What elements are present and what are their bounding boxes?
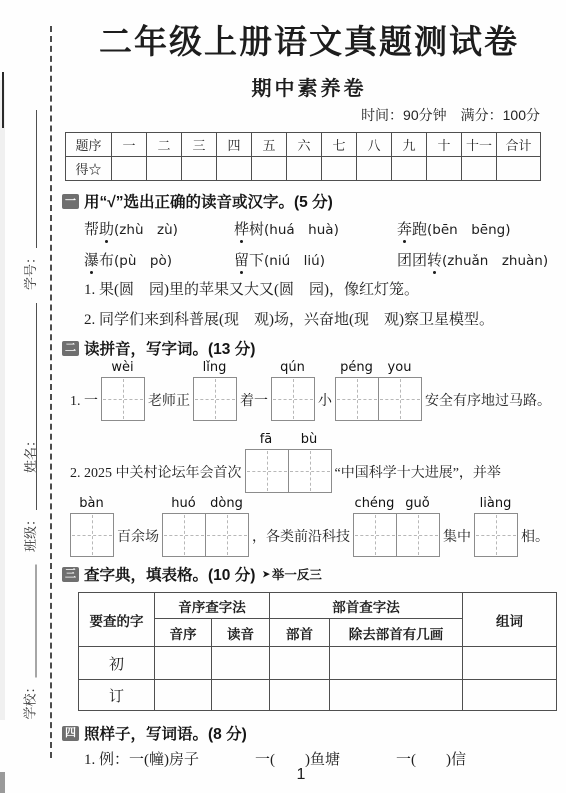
- writing-box: qún: [271, 360, 315, 421]
- score-empty-cell: [147, 157, 182, 181]
- score-empty-cell: [287, 157, 322, 181]
- sentence: 1. 果(圆 园)里的苹果又大又(圆 园)，像红灯笼。: [84, 278, 556, 299]
- score-header-cell: 五: [252, 133, 287, 157]
- section-one-header: 一 用“√”选出正确的读音或汉字。(5 分): [62, 190, 333, 212]
- writing-box: wèi: [101, 360, 145, 421]
- dict-subheader-bushou: 部首: [270, 619, 330, 647]
- dict-header-char: 要查的字: [79, 593, 155, 647]
- word-item: 桦树(huá huà): [234, 218, 397, 239]
- writing-box-cell: [289, 449, 332, 493]
- pinyin-label: huó: [162, 496, 205, 513]
- pinyin-label: lǐng: [193, 360, 236, 377]
- score-header-cell: 一: [112, 133, 147, 157]
- word-item: 瀑布(pù pò): [84, 249, 234, 270]
- line-text: 集中: [443, 526, 471, 557]
- pinyin-writing-line-2: 2. 2025 中关村论坛年会首次 fābù “中国科学十大进展”，并举: [70, 432, 501, 493]
- margin-field-class: 班级：: [16, 422, 42, 552]
- line-text: 2. 2025 中关村论坛年会首次: [70, 462, 242, 493]
- pinyin-options: (niú liú): [264, 253, 325, 269]
- dict-table-group-row: 要查的字 音序查字法 部首查字法 组词: [79, 593, 557, 619]
- score-empty-cell: [217, 157, 252, 181]
- score-header-cell: 二: [147, 133, 182, 157]
- section-number-badge: 四: [62, 726, 79, 741]
- score-empty-cell: [112, 157, 147, 181]
- pinyin-options: (huá huà): [264, 222, 339, 238]
- writing-box-cell: [101, 377, 145, 421]
- dict-empty-cell: [270, 647, 330, 680]
- pinyin-options: (zhuǎn zhuàn): [442, 253, 548, 269]
- line-text: 相。: [521, 526, 549, 557]
- score-empty-cell: [182, 157, 217, 181]
- score-empty-cell: [462, 157, 497, 181]
- word-text: 树: [249, 222, 264, 238]
- writing-box: péngyou: [335, 360, 422, 421]
- pinyin-label: you: [378, 360, 421, 377]
- writing-box: liàng: [474, 496, 518, 557]
- dict-header-zuci: 组词: [463, 593, 557, 647]
- pinyin-label: dòng: [205, 496, 248, 513]
- word-text: 帮: [84, 222, 99, 238]
- writing-box: huódòng: [162, 496, 249, 557]
- writing-box-cell: [335, 377, 379, 421]
- emphasized-character: 瀑: [84, 249, 99, 270]
- emphasized-character: 留: [234, 249, 249, 270]
- scan-edge-mark: [2, 72, 4, 128]
- line-text: 着一: [240, 390, 268, 421]
- score-empty-cell: [392, 157, 427, 181]
- writing-box-cell: [206, 513, 249, 557]
- pinyin-label: bàn: [70, 496, 113, 513]
- writing-box-cell: [474, 513, 518, 557]
- write-in-line: [36, 422, 37, 510]
- score-header-cell: 十一: [462, 133, 497, 157]
- score-empty-cell: [497, 157, 541, 181]
- dict-empty-cell: [330, 647, 463, 680]
- pinyin-label: liàng: [474, 496, 517, 513]
- dictionary-lookup-table: 要查的字 音序查字法 部首查字法 组词 音序 读音 部首 除去部首有几画 初 订: [78, 592, 556, 711]
- time-and-score-info: 时间：90分钟 满分：100分: [62, 105, 540, 125]
- writing-box: lǐng: [193, 360, 237, 421]
- section-number-badge: 一: [62, 194, 79, 209]
- score-header-cell: 题序: [66, 133, 112, 157]
- pinyin-label: qún: [271, 360, 314, 377]
- section-tag-label: 举一反三: [272, 565, 322, 583]
- pinyin-label: chéng: [353, 496, 396, 513]
- section-two-header: 二 读拼音，写字词。(13 分): [62, 337, 255, 359]
- margin-field-school: 学校：: [16, 565, 42, 720]
- pinyin-options: (pù pò): [114, 253, 172, 269]
- margin-field-label: 学号：: [20, 251, 39, 290]
- section-four-header: 四 照样子，写词语。(8 分): [62, 722, 247, 744]
- dict-row-char: 订: [79, 680, 155, 711]
- page-title: 二年级上册语文真题测试卷: [62, 16, 556, 63]
- writing-box: chéngguǒ: [353, 496, 440, 557]
- score-table: 题序 一 二 三 四 五 六 七 八 九 十 十一 合计 得☆: [65, 132, 541, 181]
- dict-subheader-yinxu: 音序: [155, 619, 212, 647]
- score-header-cell: 九: [392, 133, 427, 157]
- dict-table-row: 订: [79, 680, 557, 711]
- line-text: 安全有序地过马路。: [425, 390, 551, 421]
- section-title: 查字典，填表格。(10 分): [84, 563, 255, 585]
- word-text: 下: [249, 253, 264, 269]
- score-header-cell: 合计: [497, 133, 541, 157]
- score-empty-cell: [322, 157, 357, 181]
- dict-empty-cell: [155, 680, 212, 711]
- word-item: 团团转(zhuǎn zhuàn): [397, 249, 548, 270]
- section-title: 照样子，写词语。(8 分): [84, 722, 247, 744]
- section-tag: ➤ 举一反三: [262, 565, 322, 583]
- page-subtitle: 期中素养卷: [62, 72, 556, 101]
- dict-empty-cell: [155, 647, 212, 680]
- pinyin-label: bù: [288, 432, 331, 449]
- write-in-line: [35, 565, 36, 678]
- pinyin-label: guǒ: [396, 496, 439, 513]
- binding-dashed-line: [50, 26, 52, 758]
- dict-row-char: 初: [79, 647, 155, 680]
- sentence: 2. 同学们来到科普展(现 观)场，兴奋地(现 观)察卫星模型。: [84, 308, 556, 329]
- pinyin-writing-line-3: bàn 百余场 huódòng ，各类前沿科技 chéngguǒ 集中 liàn…: [70, 496, 549, 557]
- score-header-cell: 三: [182, 133, 217, 157]
- line-text: 百余场: [117, 526, 159, 557]
- pinyin-options: (bēn bēng): [427, 222, 510, 238]
- dict-header-yinxu-group: 音序查字法: [155, 593, 270, 619]
- writing-box-cell: [162, 513, 206, 557]
- section-title: 用“√”选出正确的读音或汉字。(5 分): [84, 190, 333, 212]
- dict-empty-cell: [463, 647, 557, 680]
- word-item: 奔跑(bēn bēng): [397, 218, 548, 239]
- pinyin-writing-line-1: 1. 一 wèi 老师正 lǐng 着一 qún 小 péngyou 安全有序地…: [70, 360, 551, 421]
- word-item: 帮助(zhù zù): [84, 218, 234, 239]
- arrow-icon: ➤: [262, 570, 270, 579]
- score-header-cell: 七: [322, 133, 357, 157]
- score-header-cell: 六: [287, 133, 322, 157]
- scan-edge-mark: [0, 772, 5, 793]
- writing-box: fābù: [245, 432, 332, 493]
- pinyin-label: péng: [335, 360, 378, 377]
- write-in-line: [36, 110, 37, 248]
- dict-empty-cell: [330, 680, 463, 711]
- dict-subheader-chuqu: 除去部首有几画: [330, 619, 463, 647]
- dict-empty-cell: [212, 680, 270, 711]
- section-number-badge: 三: [62, 567, 79, 582]
- emphasized-character: 桦: [234, 218, 249, 239]
- line-text: 1. 一: [70, 390, 98, 421]
- score-empty-cell: [357, 157, 392, 181]
- writing-box-cell: [271, 377, 315, 421]
- score-empty-cell: [252, 157, 287, 181]
- line-text: 小: [318, 390, 332, 421]
- section-one-sentences: 1. 果(圆 园)里的苹果又大又(圆 园)，像红灯笼。 2. 同学们来到科普展(…: [84, 278, 556, 338]
- word-text: 团团: [397, 253, 427, 269]
- line-text: ，各类前沿科技: [252, 526, 350, 557]
- dict-subheader-duyin: 读音: [212, 619, 270, 647]
- margin-field-label: 班级：: [20, 513, 39, 552]
- score-header-cell: 四: [217, 133, 252, 157]
- score-header-cell: 十: [427, 133, 462, 157]
- dict-header-bushou-group: 部首查字法: [270, 593, 463, 619]
- score-row-label: 得☆: [66, 157, 112, 181]
- writing-box-cell: [193, 377, 237, 421]
- emphasized-character: 转: [427, 249, 442, 270]
- section-number-badge: 二: [62, 341, 79, 356]
- writing-box-cell: [70, 513, 114, 557]
- dict-table-row: 初: [79, 647, 557, 680]
- pinyin-label: fā: [245, 432, 288, 449]
- writing-box-cell: [245, 449, 289, 493]
- scan-edge-strip: [0, 80, 5, 720]
- line-text: 老师正: [148, 390, 190, 421]
- score-table-score-row: 得☆: [66, 157, 541, 181]
- pinyin-label: wèi: [101, 360, 144, 377]
- margin-field-label: 学校：: [19, 680, 38, 719]
- emphasized-character: 助: [99, 218, 114, 239]
- score-table-header-row: 题序 一 二 三 四 五 六 七 八 九 十 十一 合计: [66, 133, 541, 157]
- margin-field-student-number: 学号：: [16, 110, 42, 290]
- writing-box-cell: [353, 513, 397, 557]
- page-number: 1: [62, 766, 540, 784]
- section-three-header: 三 查字典，填表格。(10 分) ➤ 举一反三: [62, 563, 322, 585]
- word-item: 留下(niú liú): [234, 249, 397, 270]
- dict-empty-cell: [212, 647, 270, 680]
- writing-box: bàn: [70, 496, 114, 557]
- line-text: “中国科学十大进展”，并举: [335, 462, 501, 493]
- test-paper-page: 学号： 姓名： 班级： 学校： 二年级上册语文真题测试卷 期中素养卷 时间：90…: [0, 0, 566, 793]
- score-header-cell: 八: [357, 133, 392, 157]
- score-empty-cell: [427, 157, 462, 181]
- dict-empty-cell: [270, 680, 330, 711]
- dict-empty-cell: [463, 680, 557, 711]
- section-title: 读拼音，写字词。(13 分): [84, 337, 255, 359]
- section-one-word-list: 帮助(zhù zù) 桦树(huá huà) 奔跑(bēn bēng) 瀑布(p…: [84, 218, 548, 270]
- emphasized-character: 奔: [397, 218, 412, 239]
- pinyin-options: (zhù zù): [114, 222, 178, 238]
- write-in-line: [36, 303, 37, 431]
- word-text: 布: [99, 253, 114, 269]
- writing-box-cell: [379, 377, 422, 421]
- writing-box-cell: [397, 513, 440, 557]
- word-text: 跑: [412, 222, 427, 238]
